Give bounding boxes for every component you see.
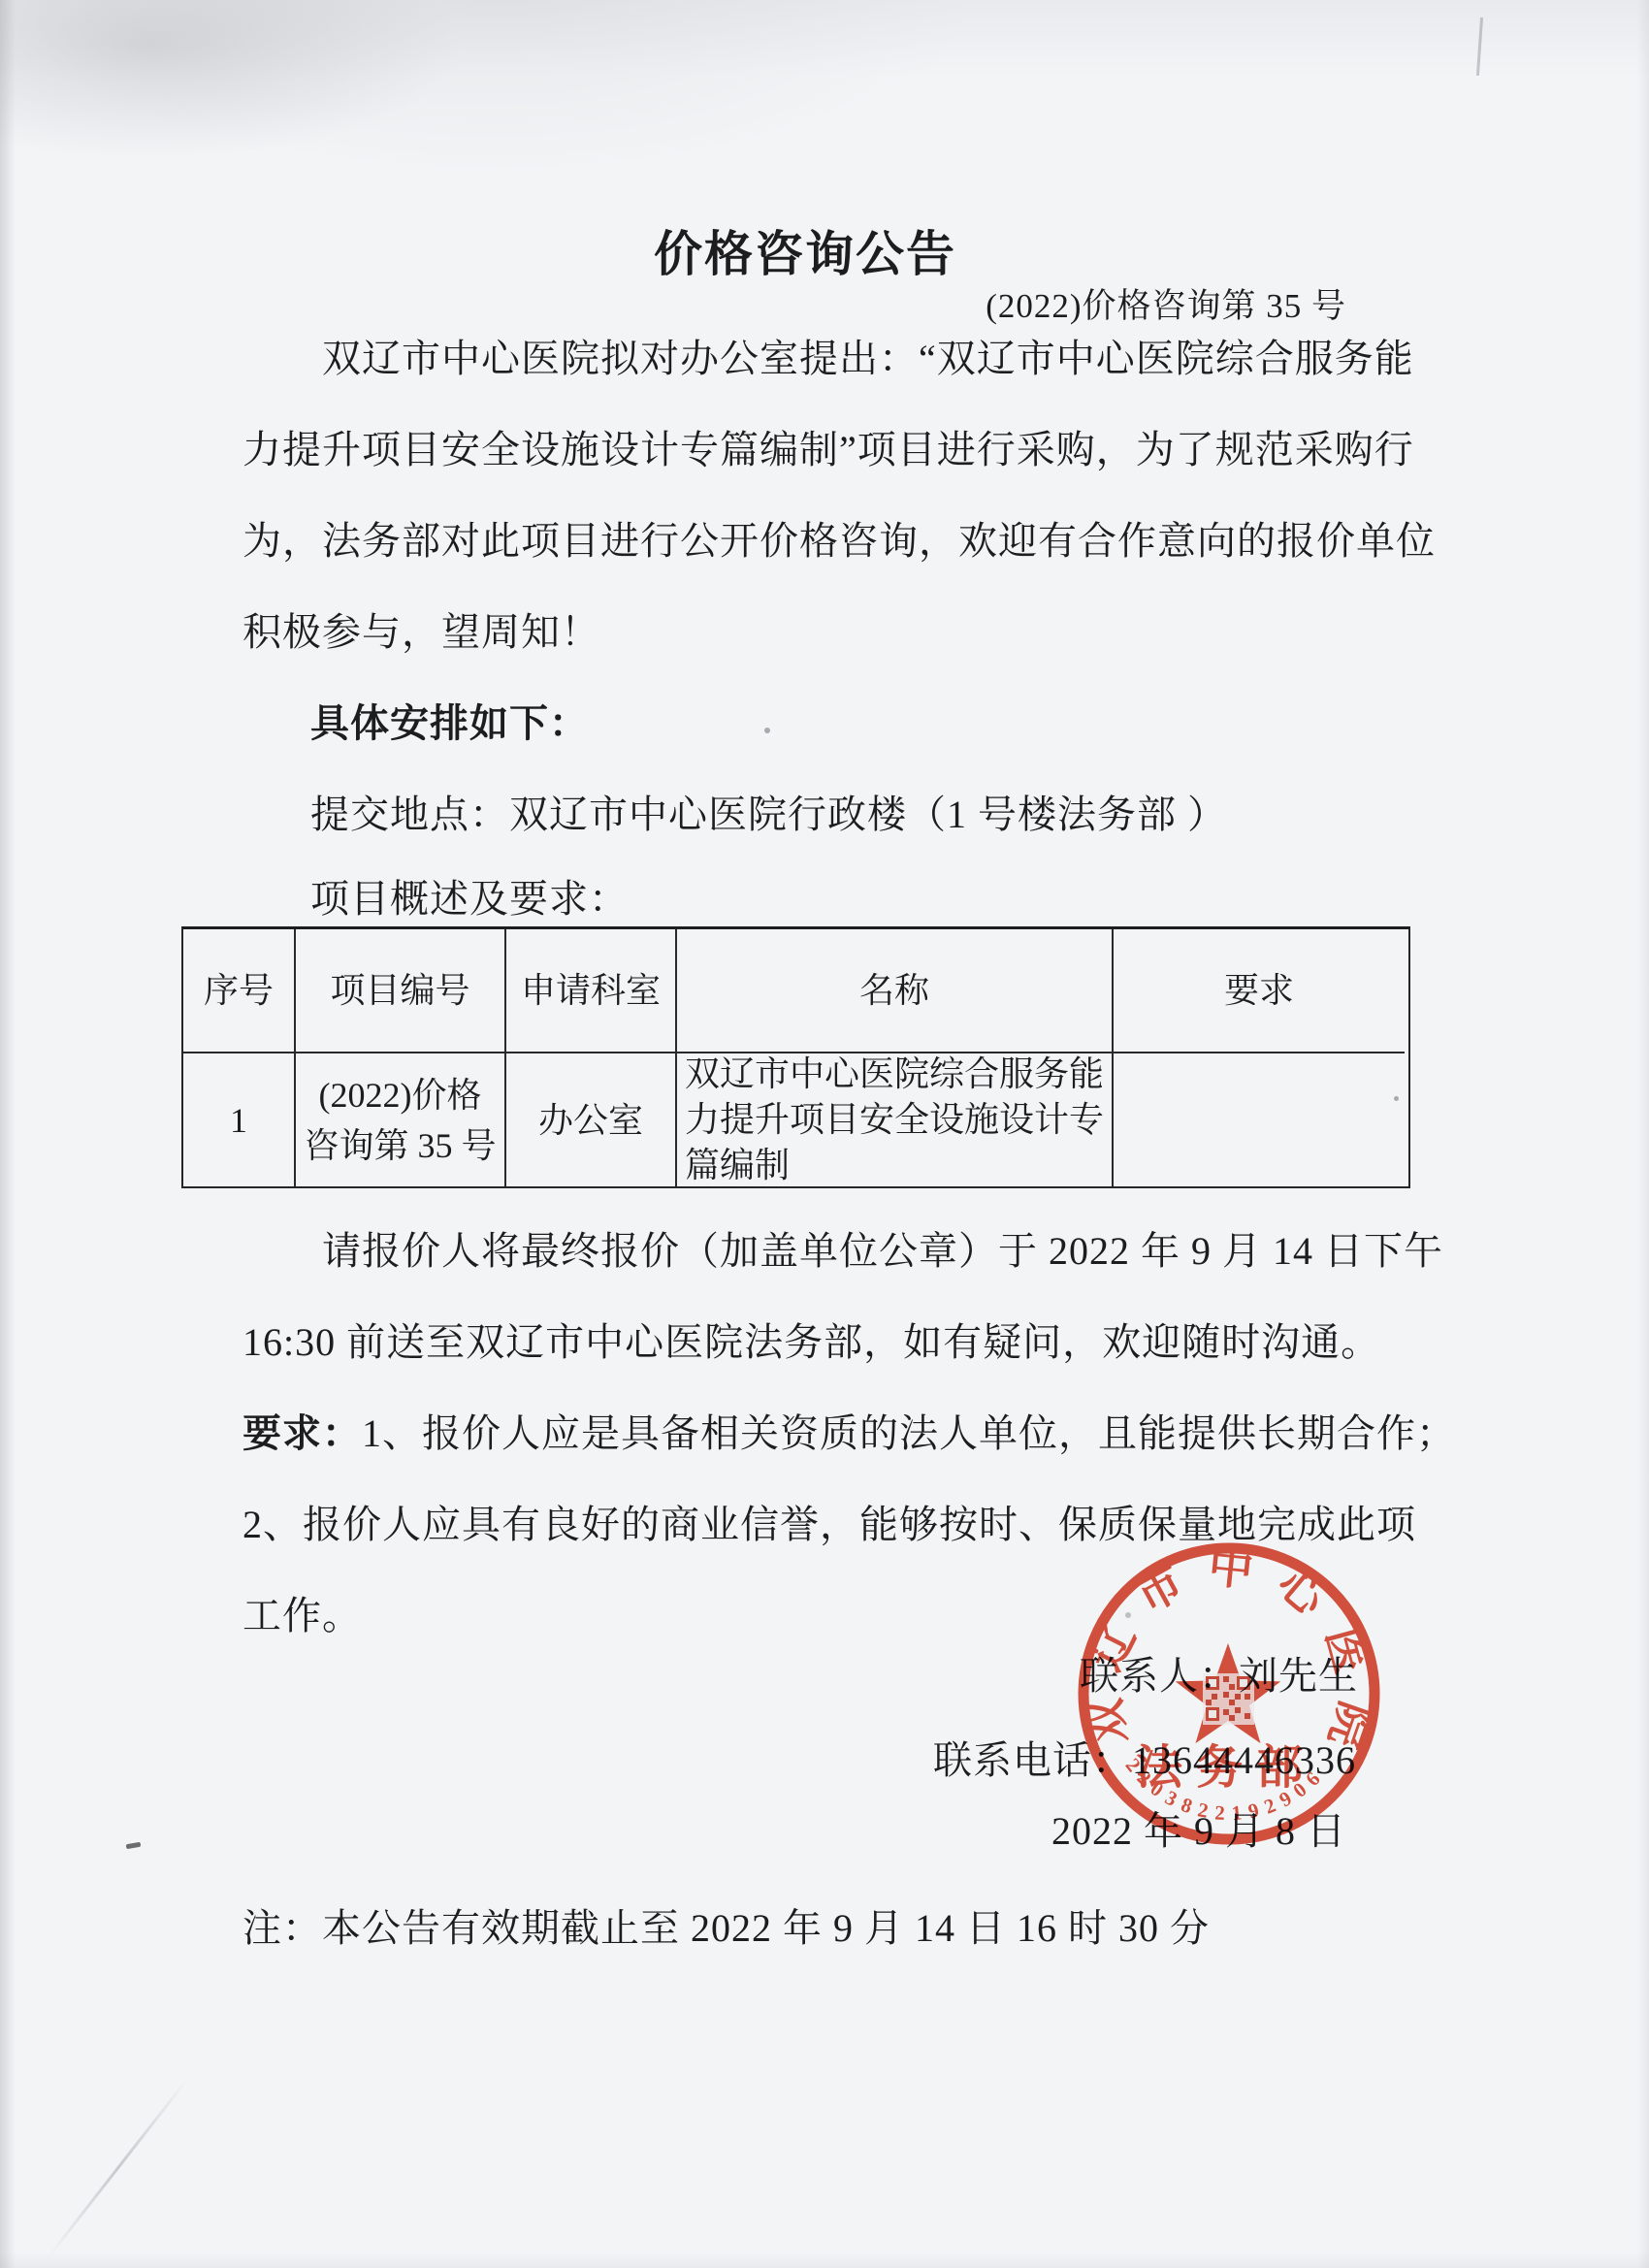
scanned-announcement-page: 价格咨询公告 (2022)价格咨询第 35 号 双辽市中心医院拟对办公室提出：“… <box>0 0 1649 2268</box>
submission-location-line: 提交地点：双辽市中心医院行政楼（1 号楼法务部 ） <box>310 792 1227 838</box>
intro-paragraph-line: 力提升项目安全设施设计专篇编制”项目进行采购，为了规范采购行 <box>242 427 1414 473</box>
table-cell-project-no: (2022)价格 咨询第 35 号 <box>296 1053 506 1186</box>
intro-paragraph-line: 为，法务部对此项目进行公开价格咨询，欢迎有合作意向的报价单位 <box>242 518 1436 565</box>
official-seal: 双辽市中心医院 法务部 2203822192906 <box>1064 1529 1394 1859</box>
page-title: 价格咨询公告 <box>0 215 1610 285</box>
scan-artifact-crease <box>1476 17 1483 76</box>
seal-qr-code-icon <box>1203 1673 1254 1725</box>
table-cell-seq: 1 <box>183 1053 296 1186</box>
table-cell-requirement <box>1114 1053 1405 1186</box>
scan-artifact-fold <box>48 2079 188 2256</box>
table-cell-name: 双辽市中心医院综合服务能力提升项目安全设施设计专篇编制 <box>677 1053 1114 1186</box>
table-cell-department: 办公室 <box>506 1053 677 1186</box>
scan-artifact-dash <box>126 1842 142 1850</box>
table-header-requirement: 要求 <box>1114 929 1405 1053</box>
project-name-text: 双辽市中心医院综合服务能力提升项目安全设施设计专篇编制 <box>685 1053 1104 1186</box>
requirements-line: 工作。 <box>242 1593 362 1639</box>
submission-paragraph-line: 请报价人将最终报价（加盖单位公章）于 2022 年 9 月 14 日下午 <box>242 1228 1443 1275</box>
requirements-label: 要求： <box>242 1411 362 1455</box>
project-table: 序号 项目编号 申请科室 名称 要求 1 (2022)价格 咨询第 35 号 办… <box>181 926 1410 1188</box>
table-header-project-no: 项目编号 <box>296 929 506 1053</box>
requirements-text: 1、报价人应是具备相关资质的法人单位，且能提供长期合作； <box>362 1411 1456 1455</box>
overview-heading: 项目概述及要求： <box>310 876 629 923</box>
doc-number: (2022)价格咨询第 35 号 <box>986 279 1346 328</box>
requirements-line: 要求：1、报价人应是具备相关资质的法人单位，且能提供长期合作； <box>242 1410 1456 1457</box>
scan-artifact-speck <box>764 728 770 733</box>
table-header-department: 申请科室 <box>506 929 677 1053</box>
table-header-seq: 序号 <box>183 929 296 1053</box>
intro-paragraph-line: 积极参与，望周知！ <box>242 609 600 656</box>
intro-paragraph-line: 双辽市中心医院拟对办公室提出：“双辽市中心医院综合服务能 <box>242 336 1414 382</box>
arrangement-heading: 具体安排如下： <box>310 700 589 747</box>
project-no-text: (2022)价格 咨询第 35 号 <box>304 1070 498 1171</box>
validity-note-line: 注：本公告有效期截止至 2022 年 9 月 14 日 16 时 30 分 <box>242 1905 1210 1952</box>
submission-paragraph-line: 16:30 前送至双辽市中心医院法务部，如有疑问，欢迎随时沟通。 <box>242 1319 1380 1366</box>
table-header-name: 名称 <box>677 929 1114 1053</box>
